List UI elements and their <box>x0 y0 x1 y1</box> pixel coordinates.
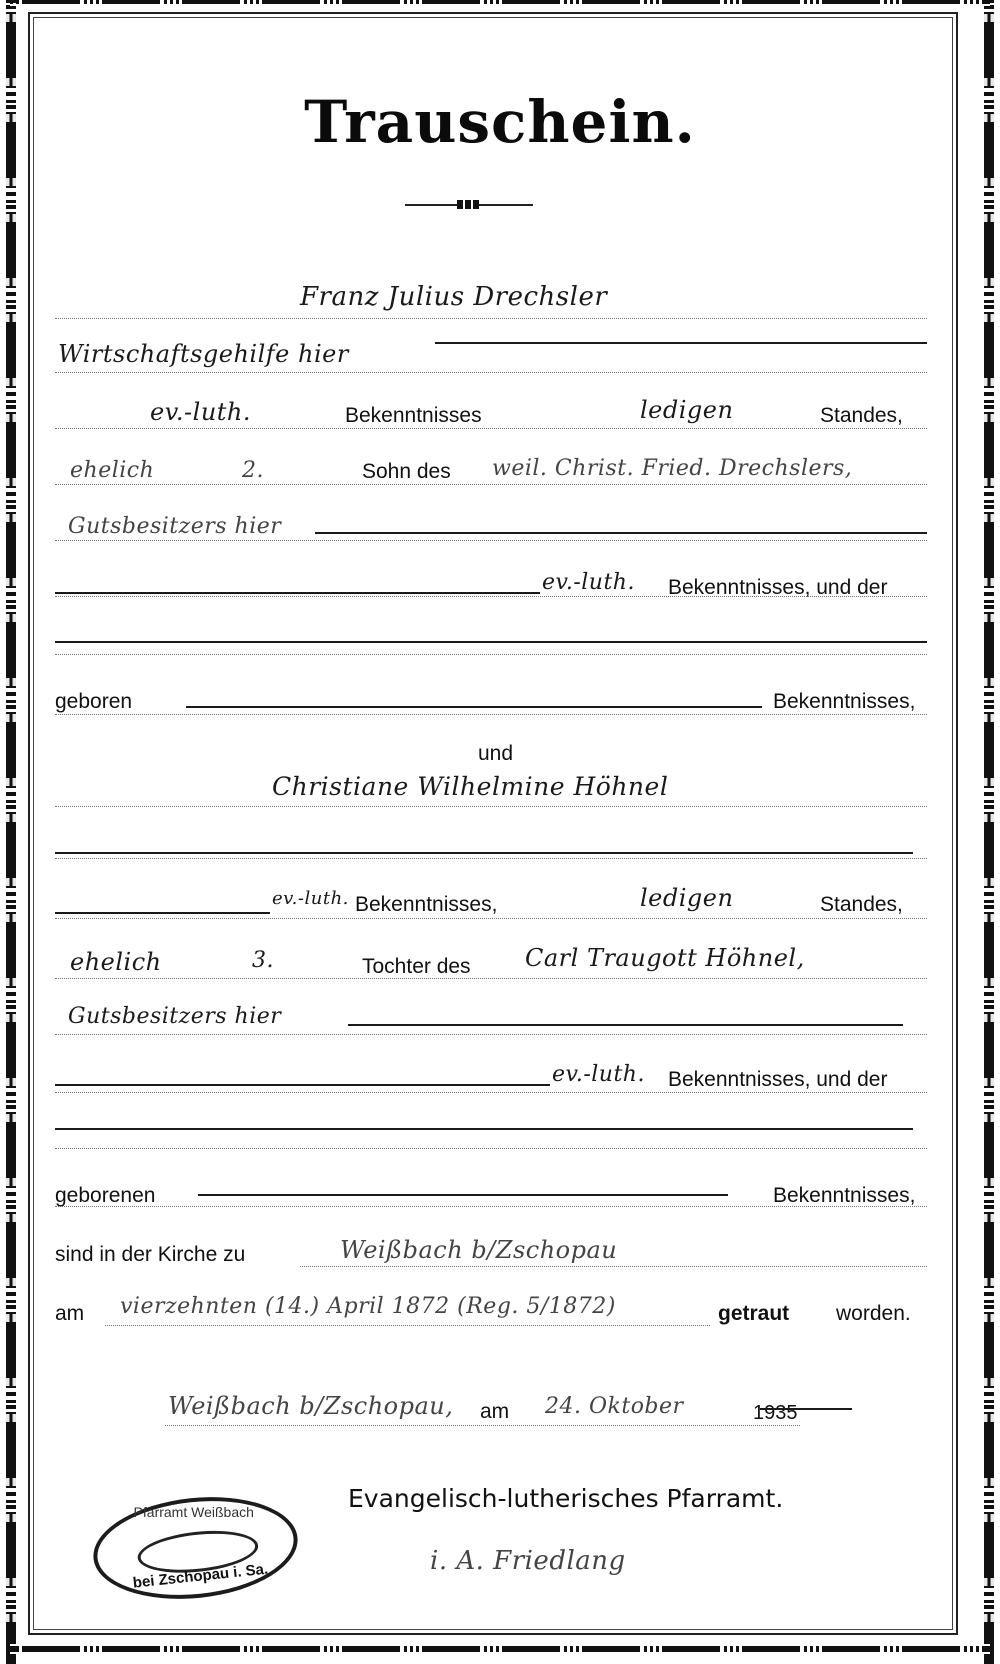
strike-line <box>55 1084 550 1086</box>
groom-legitimacy: ehelich <box>70 458 154 483</box>
bride-legitimacy: ehelich <box>70 948 162 976</box>
bride-father-occupation: Gutsbesitzers hier <box>68 1004 281 1029</box>
groom-father-occupation: Gutsbesitzers hier <box>68 514 281 539</box>
father-confession-label: Bekenntnisses, und der <box>668 576 887 600</box>
groom-confession: ev.-luth. <box>150 398 251 426</box>
strike-line <box>55 852 913 854</box>
bride-father-confession-label: Bekenntnisses, und der <box>668 1068 887 1092</box>
strike-line <box>760 1408 852 1410</box>
bride-father-confession-line <box>55 1092 927 1093</box>
strike-line <box>55 641 927 643</box>
issuance-line <box>165 1425 800 1426</box>
bottom-ornament-border <box>10 1644 990 1654</box>
groom-mother-confession-line <box>55 714 927 715</box>
church-label: sind in der Kirche zu <box>55 1243 245 1267</box>
bride-name-line <box>55 806 927 807</box>
bride-status-label: Standes, <box>820 893 903 917</box>
left-ornament-border <box>6 0 16 1664</box>
groom-confession-line <box>55 428 927 429</box>
bride-mother-confession-label: Bekenntnisses, <box>773 1184 915 1208</box>
bride-father: Carl Traugott Höhnel, <box>525 944 805 972</box>
status-label: Standes, <box>820 404 903 428</box>
groom-occupation: Wirtschaftsgehilfe hier <box>58 340 349 368</box>
strike-line <box>55 592 540 594</box>
groom-father-confession: ev.-luth. <box>542 570 635 595</box>
issuance-place: Weißbach b/Zschopau, <box>168 1392 453 1420</box>
groom-father: weil. Christ. Fried. Drechslers, <box>492 456 852 481</box>
groom-mother-line <box>55 654 927 655</box>
strike-line <box>348 1024 903 1026</box>
bride-name: Christiane Wilhelmine Höhnel <box>272 772 668 801</box>
confession-label: Bekenntnisses <box>345 404 482 428</box>
groom-occupation-line <box>55 372 927 373</box>
document-title: Trauschein. <box>0 88 1000 156</box>
daughter-of-label: Tochter des <box>362 955 471 979</box>
born-label: geboren <box>55 690 132 714</box>
title-divider <box>405 204 533 206</box>
wedding-date: vierzehnten (14.) April 1872 (Reg. 5/187… <box>120 1294 616 1319</box>
conjunction-und: und <box>478 742 513 766</box>
worden-label: worden. <box>836 1302 911 1326</box>
signature: i. A. Friedlang <box>430 1546 626 1576</box>
strike-line <box>198 1194 728 1196</box>
bride-confession-line <box>55 918 927 919</box>
bride-parent-line <box>55 978 927 979</box>
mother-confession-label: Bekenntnisses, <box>773 690 915 714</box>
strike-line <box>55 912 270 914</box>
divider-ornament <box>457 200 479 209</box>
bride-marital-status: ledigen <box>640 884 733 912</box>
groom-father-occupation-line <box>55 540 927 541</box>
bride-father-occupation-line <box>55 1034 927 1035</box>
stamp-top-text: Pfarramt Weißbach <box>101 1504 286 1520</box>
son-of-label: Sohn des <box>362 460 451 484</box>
strike-line <box>55 1128 913 1130</box>
bride-blank-line <box>55 858 927 859</box>
church-place: Weißbach b/Zschopau <box>340 1236 617 1264</box>
strike-line <box>435 342 927 344</box>
church-place-line <box>300 1266 927 1267</box>
bride-father-confession: ev.-luth. <box>552 1062 645 1087</box>
issuance-date: 24. Oktober <box>545 1394 684 1419</box>
bride-confession: ev.-luth. <box>272 888 349 909</box>
groom-birth-order: 2. <box>242 458 264 483</box>
groom-parent-line <box>55 484 927 485</box>
issuance-am-label: am <box>480 1400 509 1424</box>
bride-birth-order: 3. <box>252 948 274 973</box>
strike-line <box>315 532 927 534</box>
groom-name-line <box>55 318 927 319</box>
groom-marital-status: ledigen <box>640 396 733 424</box>
bride-born-label: geborenen <box>55 1184 155 1208</box>
top-ornament-border <box>10 0 990 6</box>
strike-line <box>186 706 762 708</box>
date-prefix: am <box>55 1302 84 1326</box>
bride-confession-label: Bekenntnisses, <box>355 893 497 917</box>
right-ornament-border <box>984 0 994 1664</box>
issuing-office: Evangelisch-lutherisches Pfarramt. <box>348 1484 783 1513</box>
bride-mother-line <box>55 1148 927 1149</box>
issuance-year: 1935 <box>753 1402 798 1425</box>
groom-name: Franz Julius Drechsler <box>300 282 607 312</box>
wedding-date-line <box>105 1325 710 1326</box>
getraut-label: getraut <box>718 1302 789 1326</box>
